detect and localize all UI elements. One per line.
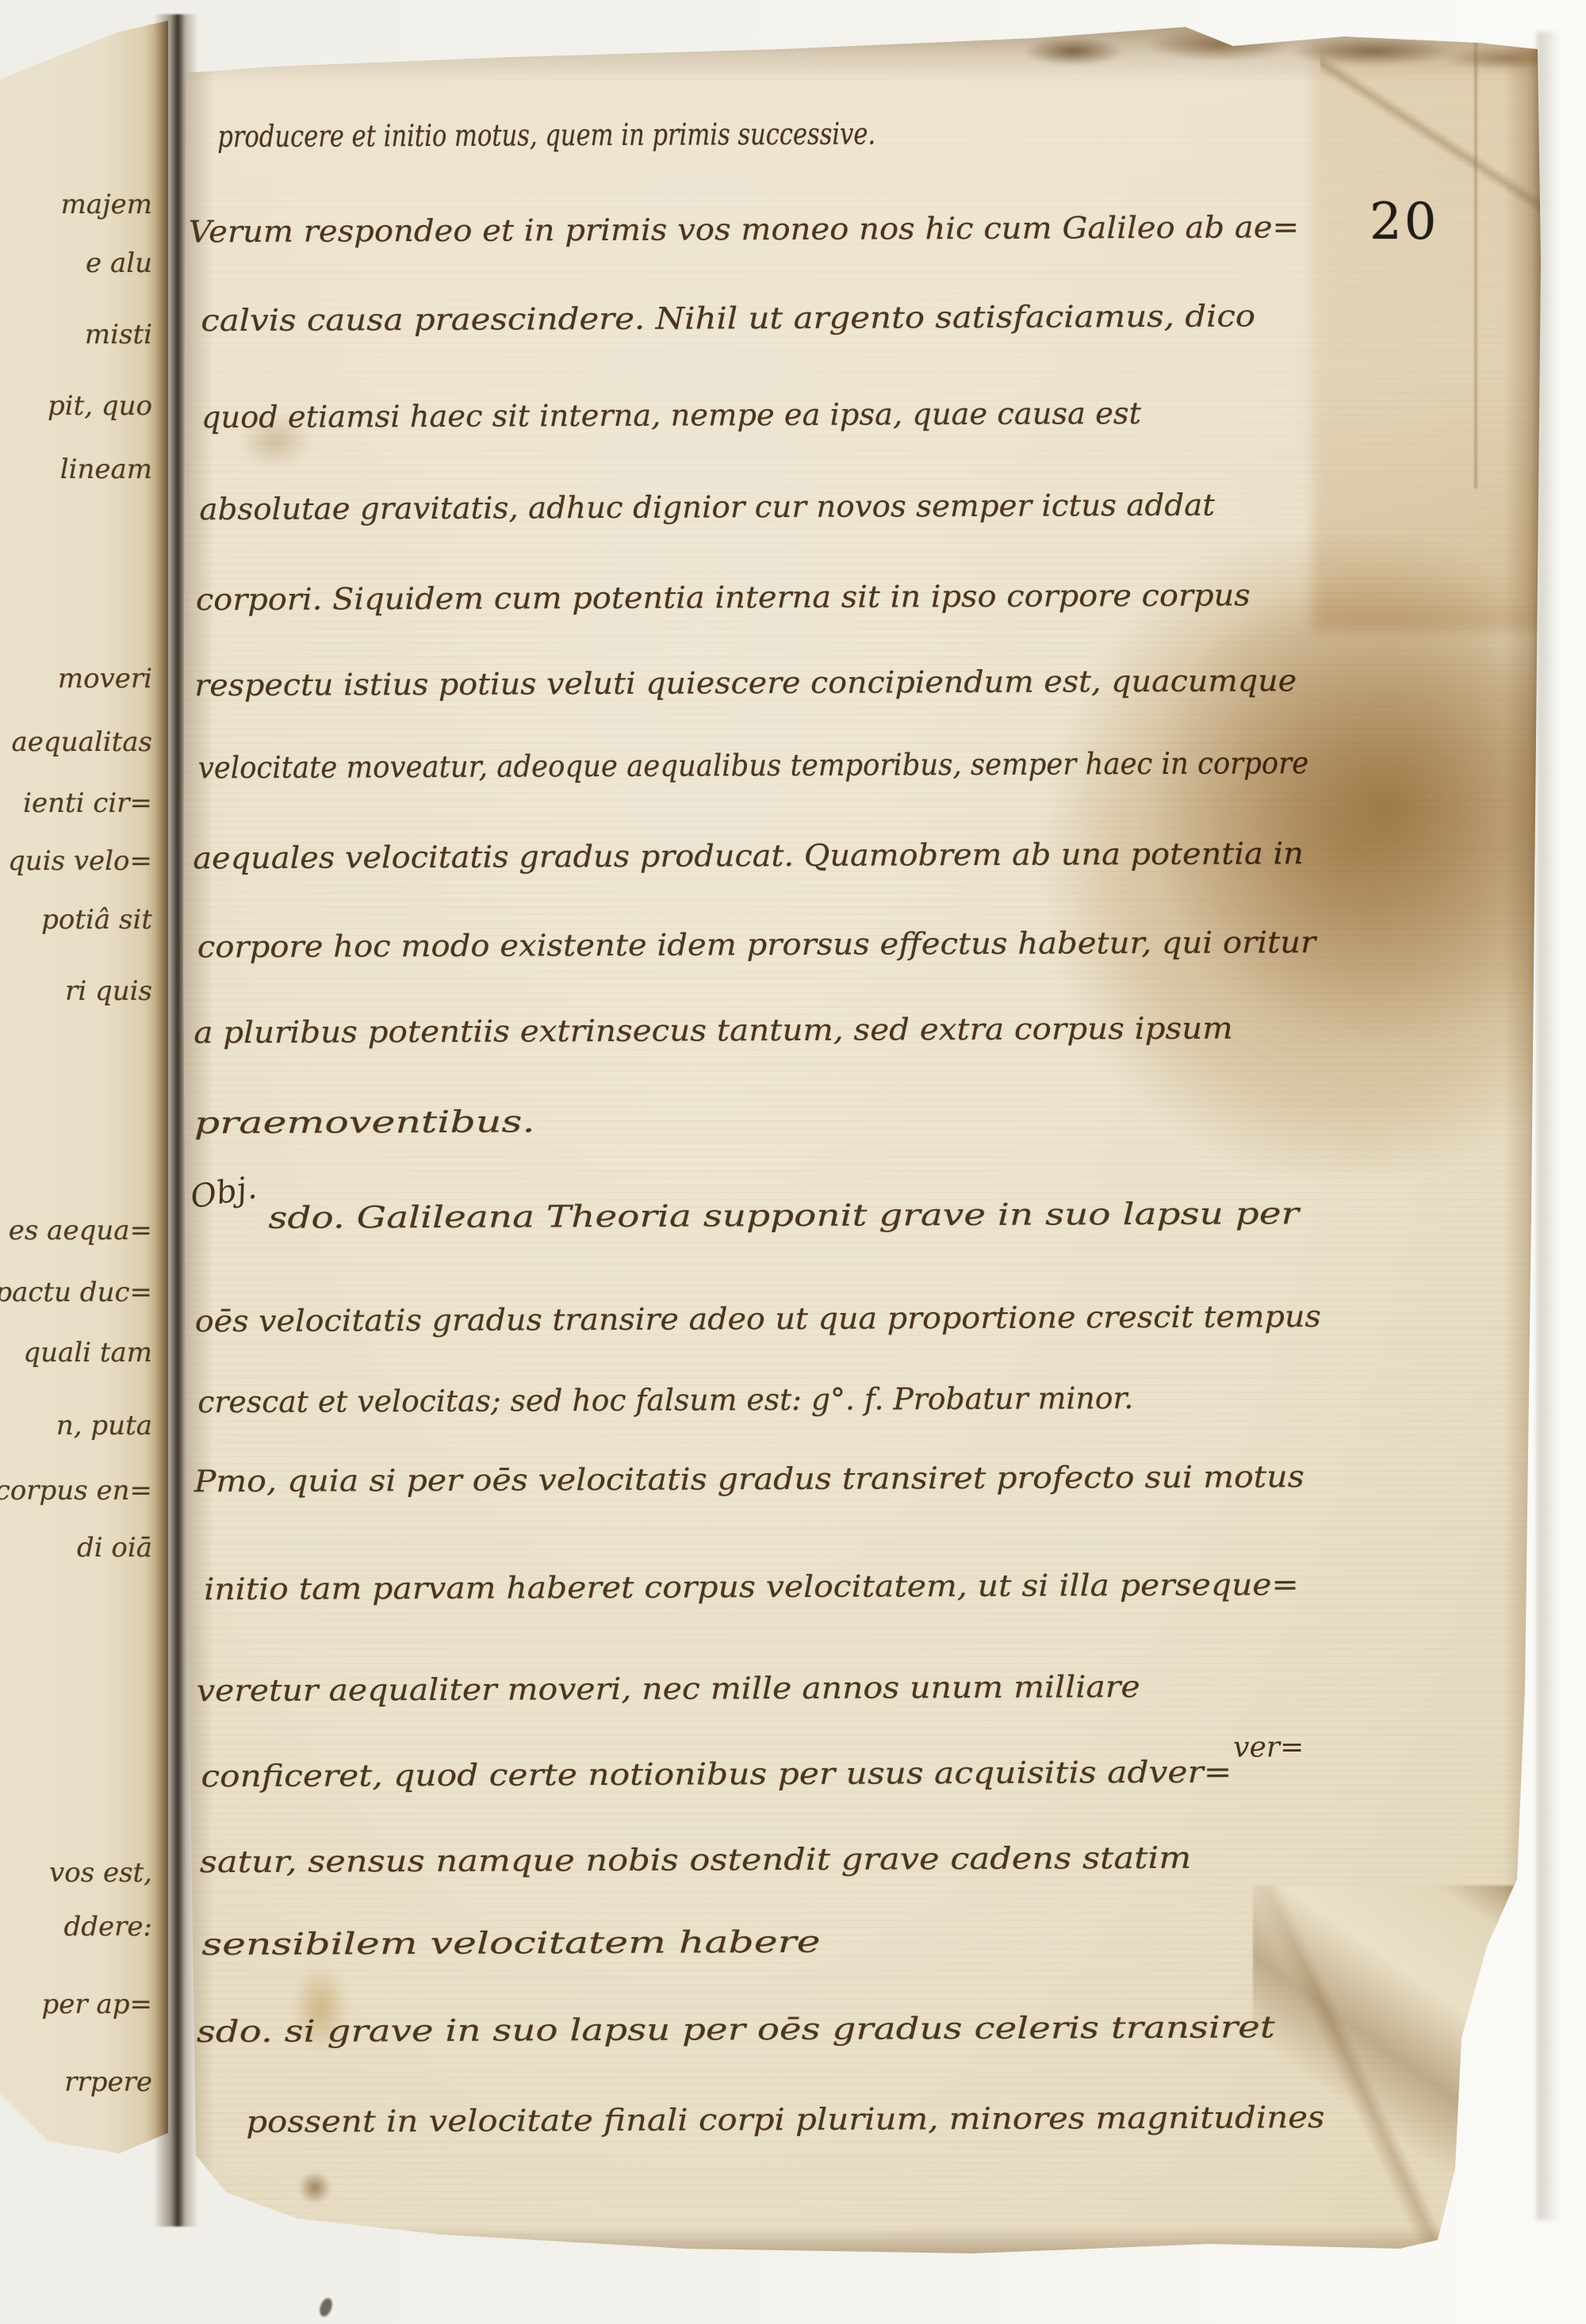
manuscript-line: sdo. Galileana Theoria supponit grave in… xyxy=(268,1195,1299,1236)
previous-page-fragment: pit, quo xyxy=(48,390,152,422)
margin-note: Obj. xyxy=(188,1170,259,1216)
previous-page-fragment: per ap= xyxy=(42,1989,152,2020)
previous-page-fragment: ddere: xyxy=(64,1911,152,1943)
manuscript-line: praemoventibus. xyxy=(194,1103,535,1141)
manuscript-line: conficeret, quod certe notionibus per us… xyxy=(201,1754,1232,1795)
manuscript-line: corpori. Siquidem cum potentia interna s… xyxy=(196,576,1251,618)
previous-page-edge: majeme alumistipit, quolineammoveriaequa… xyxy=(0,0,168,2321)
manuscript-page: Obj. ver= producere et initio motus, que… xyxy=(178,0,1546,2321)
previous-page-fragment: majem xyxy=(61,189,152,220)
manuscript-line: sdo. si grave in suo lapsu per oēs gradu… xyxy=(197,2008,1275,2050)
manuscript-line: possent in velocitate finali corpi pluri… xyxy=(246,2099,1324,2140)
manuscript-line: quod etiamsi haec sit interna, nempe ea … xyxy=(201,395,1141,435)
line-end-hyphen-fragment: ver= xyxy=(1233,1731,1304,1763)
previous-page-fragment: misti xyxy=(85,319,152,350)
previous-page-fragment: n, puta xyxy=(56,1410,152,1441)
manuscript-line: oēs velocitatis gradus transire adeo ut … xyxy=(195,1298,1321,1339)
manuscript-line: corpore hoc modo existente idem prorsus … xyxy=(197,924,1316,965)
manuscript-line: velocitate moveatur, adeoque aequalibus … xyxy=(198,745,1308,786)
previous-page-fragment: ri quis xyxy=(65,975,152,1007)
previous-page-fragment: quis velo= xyxy=(8,845,152,877)
manuscript-line: initio tam parvam haberet corpus velocit… xyxy=(204,1566,1299,1607)
manuscript-line: calvis causa praescindere. Nihil ut arge… xyxy=(201,297,1255,339)
previous-page-fragment: moveri xyxy=(58,663,152,695)
previous-page-fragment: corpus en= xyxy=(0,1475,152,1507)
manuscript-line: a pluribus potentiis extrinsecus tantum,… xyxy=(193,1010,1233,1051)
previous-page-fragment: lineam xyxy=(60,454,152,485)
previous-page-fragment: vos est, xyxy=(49,1857,152,1889)
previous-page-fragment: pactu duc= xyxy=(0,1277,152,1308)
previous-page-fragment: quali tam xyxy=(23,1337,152,1369)
manuscript-line: Verum respondeo et in primis vos moneo n… xyxy=(189,209,1299,250)
page-edge-shadow xyxy=(1537,32,1561,2220)
manuscript-line: respectu istius potius veluti quiescere … xyxy=(194,662,1297,703)
previous-page-fragment: e alu xyxy=(86,247,152,279)
previous-page-fragment: aequalitas xyxy=(12,726,152,758)
manuscript-line: absolutae gravitatis, adhuc dignior cur … xyxy=(199,487,1215,528)
manuscript-line: sensibilem velocitatem habere xyxy=(201,1924,820,1962)
manuscript-line: Pmo, quia si per oēs velocitatis gradus … xyxy=(194,1458,1304,1499)
manuscript-line: producere et initio motus, quem in primi… xyxy=(217,116,875,155)
previous-page-fragment: es aequa= xyxy=(9,1215,152,1246)
previous-page-fragment: ienti cir= xyxy=(23,787,152,819)
previous-page-fragment: potiâ sit xyxy=(41,904,152,936)
page-number: 20 xyxy=(1370,197,1439,247)
manuscript-line: aequales velocitatis gradus producat. Qu… xyxy=(193,835,1304,876)
manuscript-line: veretur aequaliter moveri, nec mille ann… xyxy=(197,1668,1140,1709)
previous-page-fragment: rrpere xyxy=(64,2066,152,2098)
manuscript-line: satur, sensus namque nobis ostendit grav… xyxy=(200,1840,1192,1880)
previous-page-fragment: di oiā xyxy=(77,1532,152,1564)
manuscript-line: crescat et velocitas; sed hoc falsum est… xyxy=(197,1380,1133,1420)
